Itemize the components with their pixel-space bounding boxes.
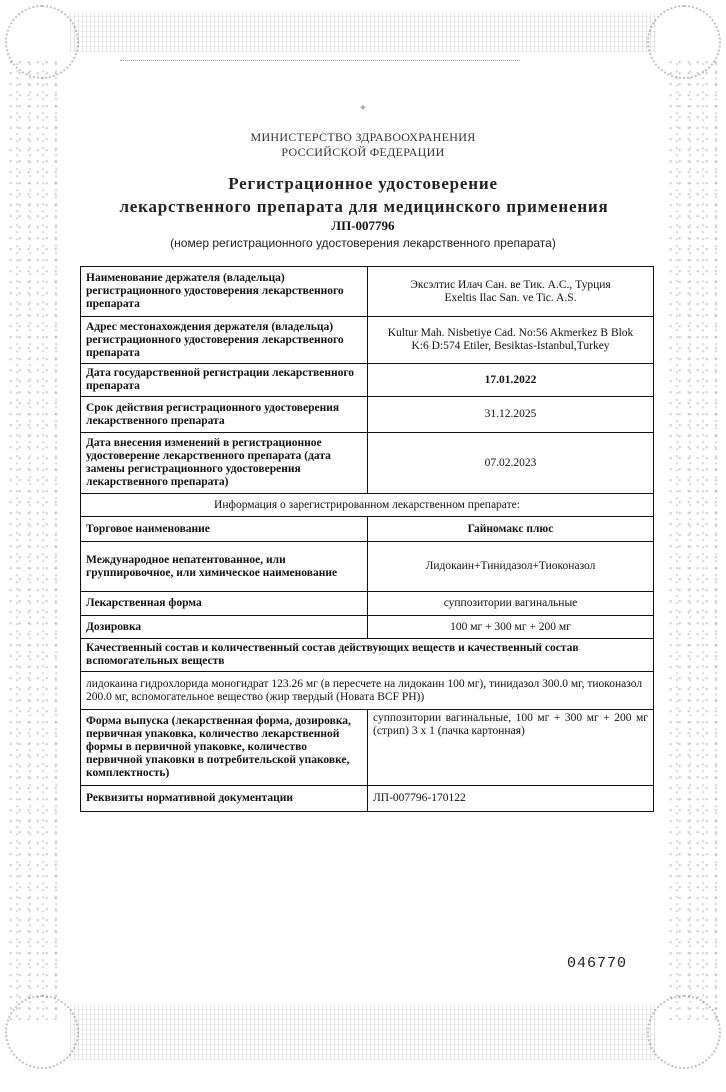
document-title-line1: Регистрационное удостоверение [0,174,726,194]
table-row: Дозировка 100 мг + 300 мг + 200 мг [81,616,654,639]
validity-period-value: 31.12.2025 [368,397,654,433]
decorative-corner-rosette [647,5,721,79]
holder-address-line1: Kultur Mah. Nisbetiye Cad. No:56 Akmerke… [373,327,648,340]
amendment-date-value: 07.02.2023 [368,433,654,494]
ministry-name-line2: РОССИЙСКОЙ ФЕДЕРАЦИИ [0,145,726,160]
normative-doc-label: Реквизиты нормативной документации [81,786,368,812]
release-form-label: Форма выпуска (лекарственная форма, дози… [81,710,368,786]
registration-number: ЛП-007796 [0,218,726,234]
holder-address-line2: K:6 D:574 Etiler, Besiktas-Istanbul,Turk… [373,340,648,353]
validity-period-label: Срок действия регистрационного удостовер… [81,397,368,433]
table-row: Дата государственной регистрации лекарст… [81,364,654,397]
document-title-line2: лекарственного препарата для медицинског… [0,197,726,217]
registration-number-caption: (номер регистрационного удостоверения ле… [0,236,726,250]
decorative-dotted-line [120,60,520,61]
holder-name-value: Эксэлтис Илач Сан. ве Тик. А.С., Турция … [368,267,654,317]
decorative-corner-rosette [5,5,79,79]
table-row: Информация о зарегистрированном лекарств… [81,494,654,517]
registration-date-value: 17.01.2022 [368,364,654,397]
table-row: Дата внесения изменений в регистрационно… [81,433,654,494]
table-row: Наименование держателя (владельца) регис… [81,267,654,317]
dosage-value: 100 мг + 300 мг + 200 мг [368,616,654,639]
inn-label: Международное непатентованное, или групп… [81,542,368,592]
trade-name-label: Торговое наименование [81,517,368,542]
registration-date-label: Дата государственной регистрации лекарст… [81,364,368,397]
form-serial-number: 046770 [567,955,627,972]
dosage-label: Дозировка [81,616,368,639]
composition-text: лидокаина гидрохлорида моногидрат 123.26… [81,672,654,710]
table-row: лидокаина гидрохлорида моногидрат 123.26… [81,672,654,710]
table-row: Срок действия регистрационного удостовер… [81,397,654,433]
certificate-table: Наименование держателя (владельца) регис… [80,266,654,812]
decorative-corner-rosette [647,995,721,1069]
holder-address-label: Адрес местонахождения держателя (владель… [81,317,368,364]
holder-address-value: Kultur Mah. Nisbetiye Cad. No:56 Akmerke… [368,317,654,364]
normative-doc-value: ЛП-007796-170122 [368,786,654,812]
decorative-border-top [70,12,656,52]
dosage-form-label: Лекарственная форма [81,592,368,616]
table-row: Адрес местонахождения держателя (владель… [81,317,654,364]
inn-value: Лидокаин+Тинидазол+Тиоконазол [368,542,654,592]
holder-name-en: Exeltis Ilac San. ve Tic. A.S. [373,292,648,305]
decorative-border-bottom [70,1005,656,1060]
amendment-date-label: Дата внесения изменений в регистрационно… [81,433,368,494]
composition-heading: Качественный состав и количественный сос… [81,639,654,672]
trade-name-value: Гайномакс плюс [368,517,654,542]
drug-info-heading: Информация о зарегистрированном лекарств… [81,494,654,517]
release-form-value: суппозитории вагинальные, 100 мг + 300 м… [368,710,654,786]
table-row: Реквизиты нормативной документации ЛП-00… [81,786,654,812]
holder-name-label: Наименование держателя (владельца) регис… [81,267,368,317]
decorative-corner-rosette [5,995,79,1069]
table-row: Международное непатентованное, или групп… [81,542,654,592]
table-row: Качественный состав и количественный сос… [81,639,654,672]
dosage-form-value: суппозитории вагинальные [368,592,654,616]
table-row: Торговое наименование Гайномакс плюс [81,517,654,542]
ministry-name-line1: МИНИСТЕРСТВО ЗДРАВООХРАНЕНИЯ [0,130,726,145]
state-emblem-icon: ✦ [355,103,371,119]
holder-name-ru: Эксэлтис Илач Сан. ве Тик. А.С., Турция [373,279,648,292]
table-row: Лекарственная форма суппозитории вагинал… [81,592,654,616]
table-row: Форма выпуска (лекарственная форма, дози… [81,710,654,786]
